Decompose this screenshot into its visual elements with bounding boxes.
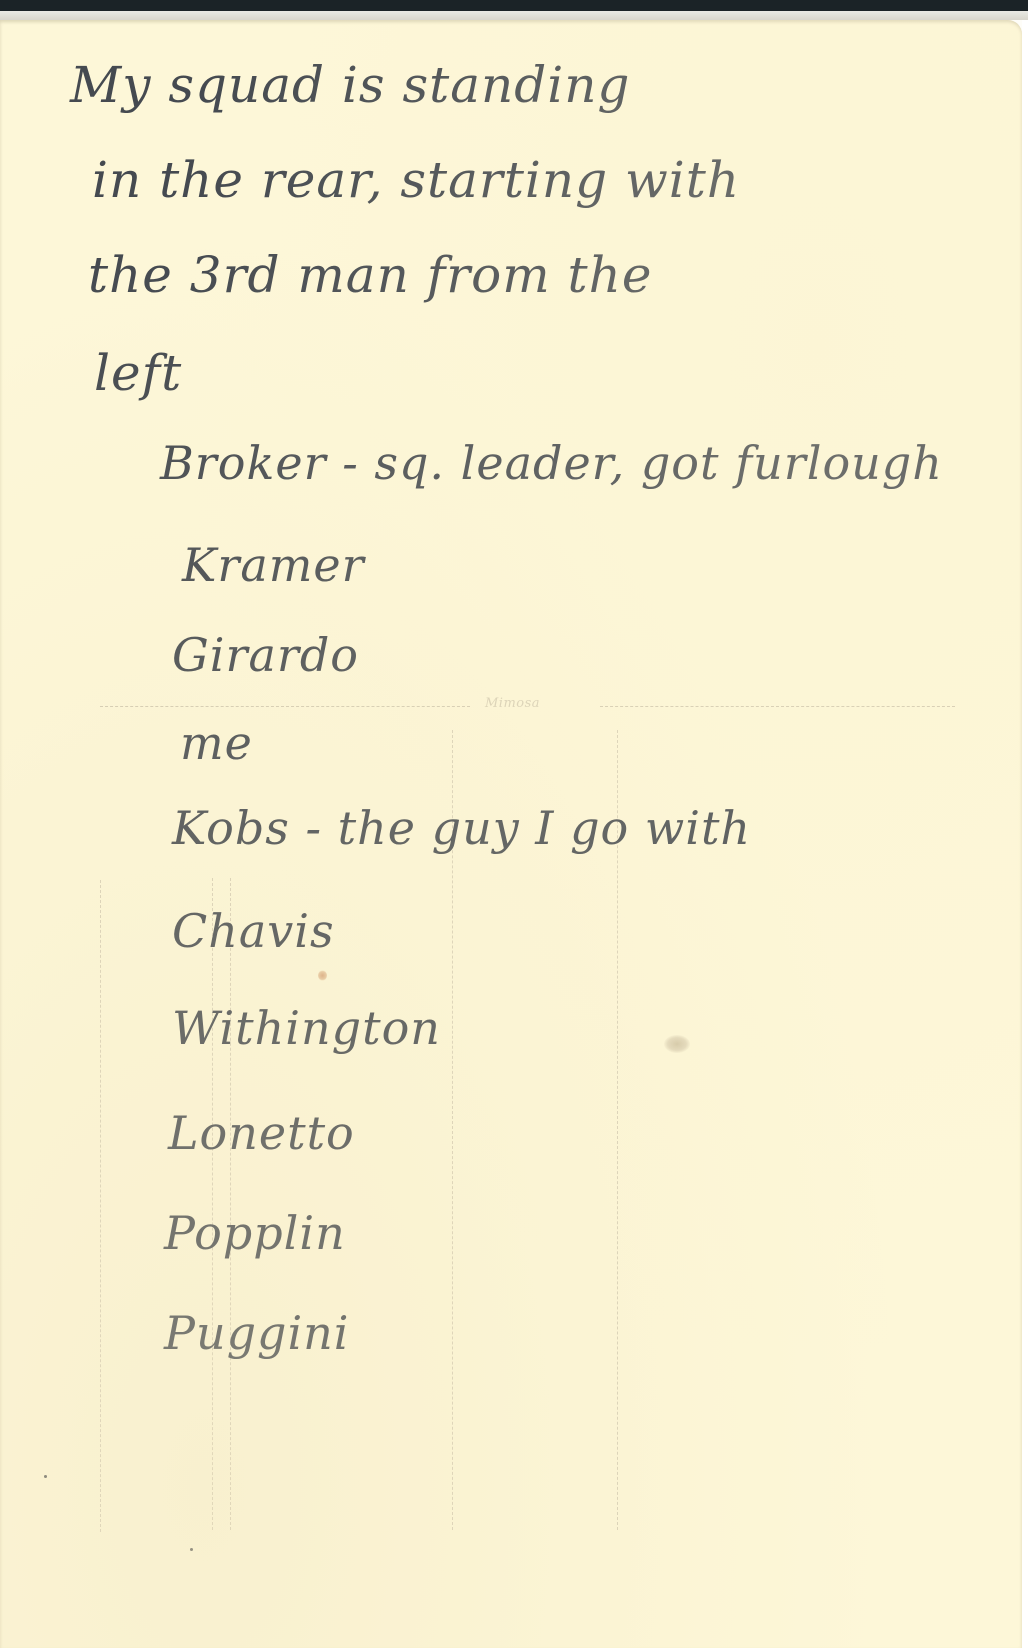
squad-member-name: Withington: [172, 1005, 441, 1051]
paper-speck: [190, 1548, 193, 1551]
handwritten-line: My squad is standing: [70, 60, 630, 110]
handwritten-line: left: [94, 348, 182, 398]
postcard-back: Mimosa My squad is standing in the rear,…: [0, 20, 1022, 1648]
divider-line-left: [100, 706, 470, 707]
divider-line-right: [600, 706, 955, 707]
guide-line: [100, 880, 101, 1532]
squad-member-name: Kobs - the guy I go with: [172, 805, 751, 851]
paper-stain: [664, 1035, 690, 1053]
squad-member-name: Puggini: [164, 1310, 350, 1356]
handwritten-line: the 3rd man from the: [88, 250, 652, 300]
squad-member-name: Chavis: [172, 908, 335, 954]
paper-stain: [318, 970, 327, 981]
printer-imprint: Mimosa: [485, 696, 540, 711]
guide-line: [230, 878, 231, 1530]
squad-member-name: me: [180, 720, 253, 766]
squad-member-name: Broker - sq. leader, got furlough: [160, 440, 943, 486]
paper-speck: [44, 1475, 47, 1478]
handwritten-line: in the rear, starting with: [92, 155, 740, 205]
scanner-edge-band: [0, 0, 1028, 11]
squad-member-name: Lonetto: [168, 1110, 355, 1156]
scanner-edge-strip: [0, 11, 1028, 20]
squad-member-name: Kramer: [182, 542, 365, 588]
squad-member-name: Popplin: [164, 1210, 346, 1256]
guide-line: [212, 878, 213, 1530]
squad-member-name: Girardo: [172, 632, 359, 678]
